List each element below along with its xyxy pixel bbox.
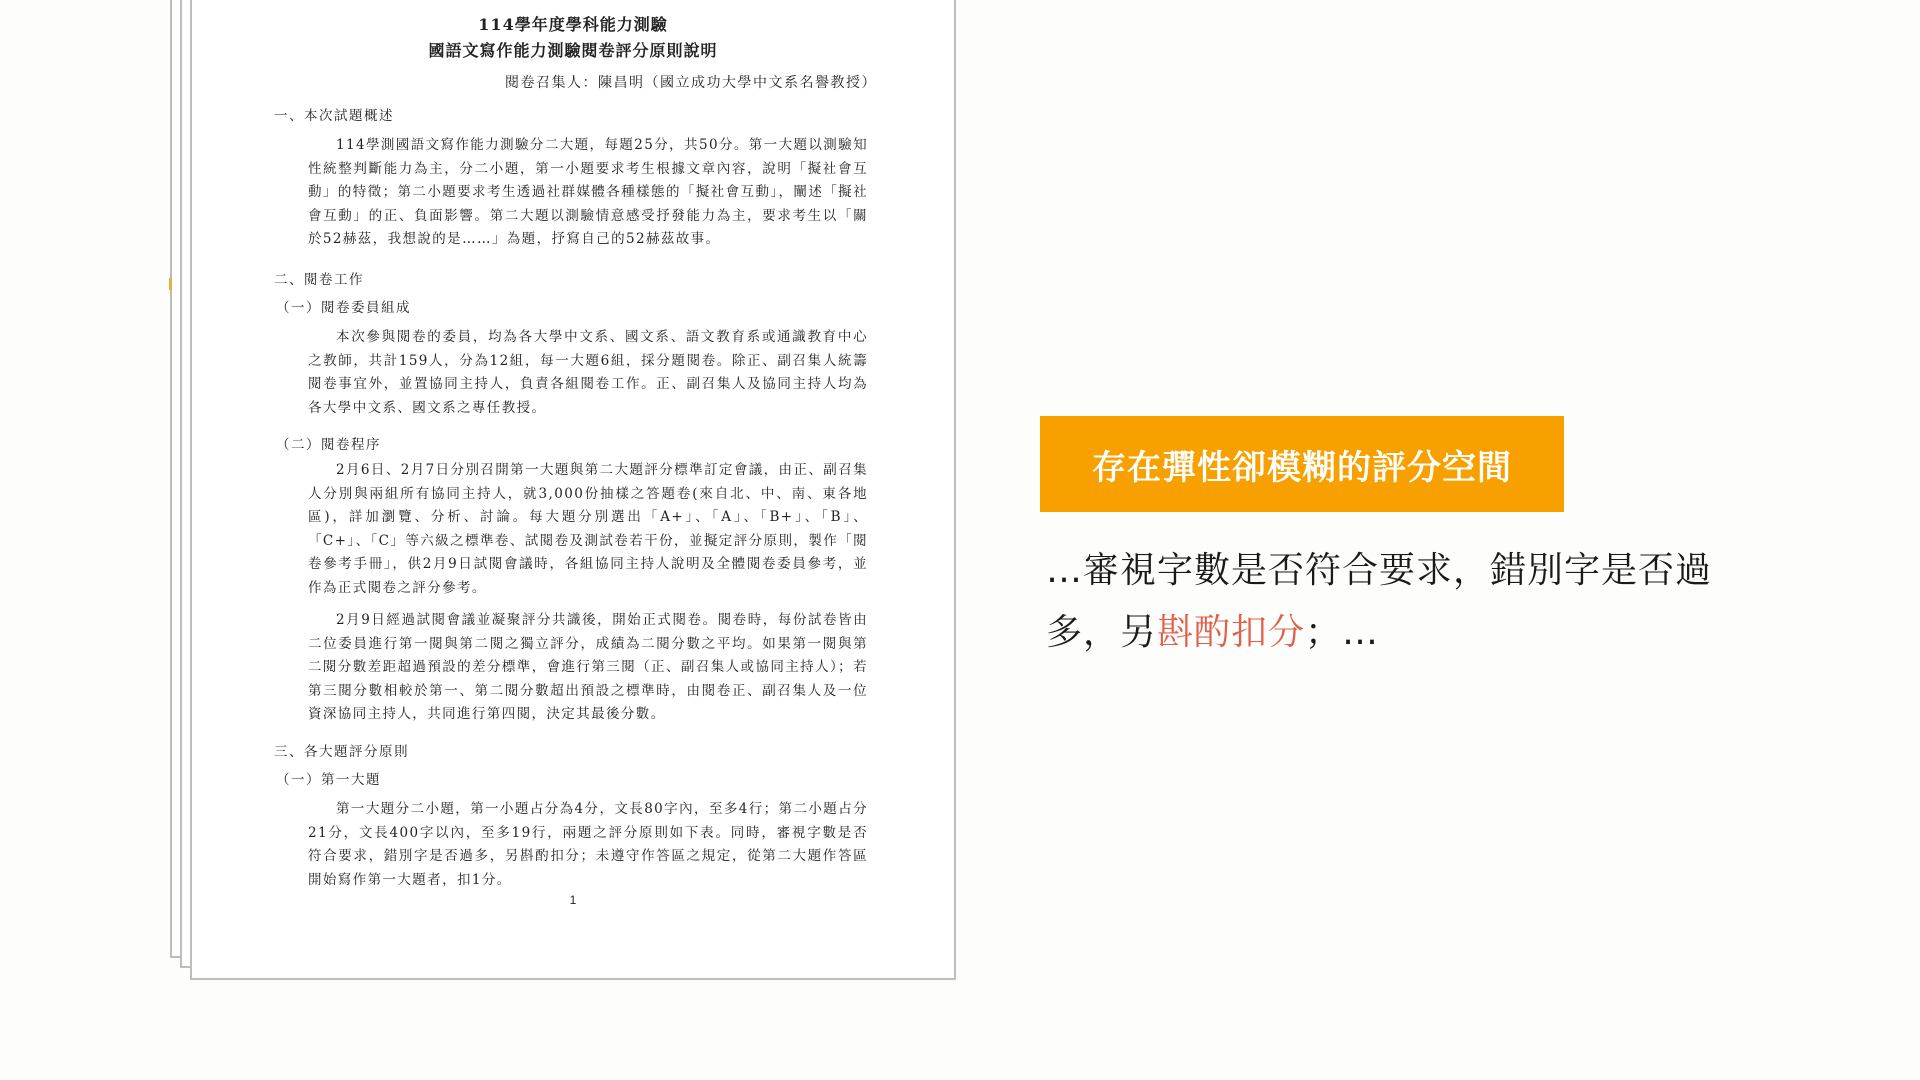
subsection-heading-2-2: （二）閱卷程序 [276, 433, 381, 453]
subsection-heading-3-1: （一）第一大題 [276, 768, 381, 788]
quote-text-after: ；… [1305, 612, 1379, 653]
section-1-paragraph: 114學測國語文寫作能力測驗分二大題，每題25分，共50分。第一大題以測驗知性統… [308, 134, 868, 252]
subsection-3-1-paragraph: 第一大題分二小題，第一小題占分為4分，文長80字內，至多4行；第二小題占分21分… [308, 798, 868, 892]
subsection-2-2-paragraph-1: 2月6日、2月7日分別召開第一大題與第二大題評分標準訂定會議，由正、副召集人分別… [308, 459, 868, 600]
subsection-heading-2-1: （一）閱卷委員組成 [276, 296, 411, 316]
page-number: 1 [192, 893, 954, 907]
section-heading-2: 二、閱卷工作 [274, 268, 364, 288]
quote-highlight: 斟酌扣分 [1157, 612, 1305, 653]
section-heading-3: 三、各大題評分原則 [274, 740, 409, 760]
callout-banner: 存在彈性卻模糊的評分空間 [1040, 416, 1564, 512]
document-title-line1: 114學年度學科能力測驗 [192, 12, 954, 35]
section-heading-1: 一、本次試題概述 [274, 104, 394, 124]
page-edge-mark [169, 278, 172, 290]
subsection-2-1-paragraph: 本次參與閱卷的委員，均為各大學中文系、國文系、語文教育系或通識教育中心之教師，共… [308, 326, 868, 420]
callout-title: 存在彈性卻模糊的評分空間 [1092, 440, 1512, 489]
callout-quote: …審視字數是否符合要求，錯別字是否過多，另斟酌扣分；… [1046, 540, 1746, 664]
document-title-line2: 國語文寫作能力測驗閱卷評分原則說明 [192, 38, 954, 61]
document-author: 閱卷召集人：陳昌明（國立成功大學中文系名譽教授） [505, 72, 877, 92]
subsection-2-2-paragraph-2: 2月9日經過試閱會議並凝聚評分共識後，開始正式閱卷。閱卷時，每份試卷皆由二位委員… [308, 609, 868, 727]
document-page: 114學年度學科能力測驗 國語文寫作能力測驗閱卷評分原則說明 閱卷召集人：陳昌明… [190, 0, 956, 980]
